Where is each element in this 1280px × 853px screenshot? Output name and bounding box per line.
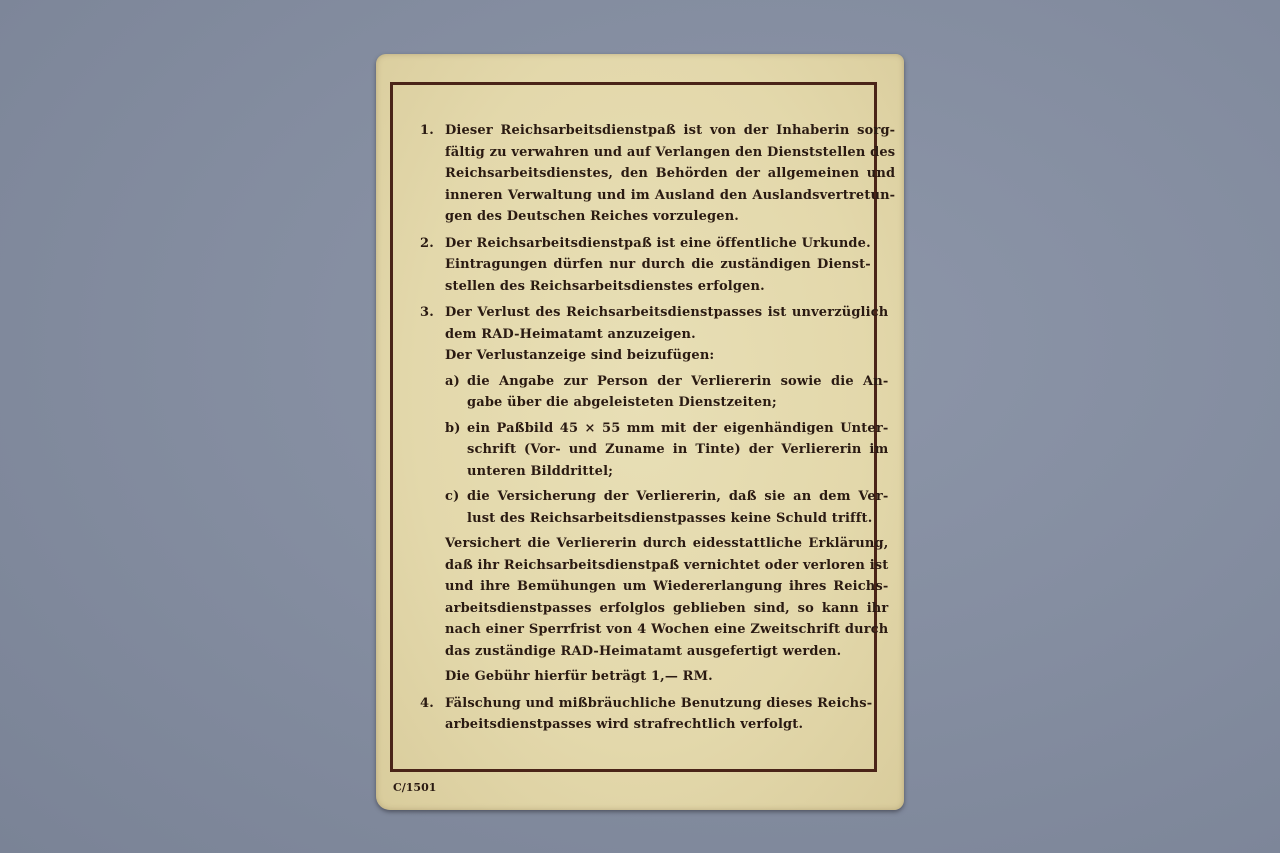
paragraph-number: 3.	[420, 302, 445, 688]
text-line: unteren Bilddrittel;	[467, 461, 888, 483]
text-line: arbeitsdienstpasses wird strafrechtlich …	[445, 714, 872, 736]
text-line: schrift (Vor- und Zuname in Tinte) der V…	[467, 439, 888, 461]
text-line: inneren Verwaltung und im Ausland den Au…	[445, 185, 895, 207]
document-card: 1. Dieser Reichsarbeitsdienstpaß ist von…	[376, 54, 904, 810]
text-line: gen des Deutschen Reiches vorzulegen.	[445, 206, 895, 228]
document-text: 1. Dieser Reichsarbeitsdienstpaß ist von…	[420, 120, 848, 741]
item-letter: a)	[445, 371, 467, 414]
text-line: lust des Reichsarbeitsdienstpasses keine…	[467, 508, 888, 530]
text-line: Der Reichsarbeitsdienstpaß ist eine öffe…	[445, 233, 871, 255]
text-line: daß ihr Reichsarbeitsdienstpaß vernichte…	[445, 555, 888, 577]
text-line: die Versicherung der Verliererin, daß si…	[467, 486, 888, 508]
attachment-item-b: b) ein Paßbild 45 × 55 mm mit der eigenh…	[445, 418, 888, 483]
text-line: Dieser Reichsarbeitsdienstpaß ist von de…	[445, 120, 895, 142]
text-line: Fälschung und mißbräuchliche Benutzung d…	[445, 693, 872, 715]
item-letter: b)	[445, 418, 467, 483]
fee-text: Die Gebühr hierfür beträgt 1,— RM.	[445, 666, 888, 688]
text-line: arbeitsdienstpasses erfolglos geblieben …	[445, 598, 888, 620]
paragraph-3: 3. Der Verlust des Reichsarbeitsdienstpa…	[420, 302, 848, 688]
paragraph-number: 1.	[420, 120, 445, 228]
text-line: Versichert die Verliererin durch eidesst…	[445, 533, 888, 555]
paragraph-1: 1. Dieser Reichsarbeitsdienstpaß ist von…	[420, 120, 848, 228]
attachments-intro: Der Verlustanzeige sind beizufügen:	[445, 345, 888, 367]
text-line: fältig zu verwahren und auf Verlangen de…	[445, 142, 895, 164]
attachment-item-a: a) die Angabe zur Person der Verliererin…	[445, 371, 888, 414]
attachment-item-c: c) die Versicherung der Verliererin, daß…	[445, 486, 888, 529]
text-line: die Angabe zur Person der Verliererin so…	[467, 371, 888, 393]
text-line: Eintragungen dürfen nur durch die zustän…	[445, 254, 871, 276]
text-line: und ihre Bemühungen um Wiedererlangung i…	[445, 576, 888, 598]
text-line: gabe über die abgeleisteten Dienstzeiten…	[467, 392, 888, 414]
text-line: nach einer Sperrfrist von 4 Wochen eine …	[445, 619, 888, 641]
text-line: Reichsarbeitsdienstes, den Behörden der …	[445, 163, 895, 185]
text-line: ein Paßbild 45 × 55 mm mit der eigenhänd…	[467, 418, 888, 440]
form-code: C/1501	[393, 781, 436, 794]
text-line: Der Verlust des Reichsarbeitsdienstpasse…	[445, 302, 888, 324]
declaration-text: Versichert die Verliererin durch eidesst…	[445, 533, 888, 662]
text-line: stellen des Reichsarbeitsdienstes erfolg…	[445, 276, 871, 298]
item-letter: c)	[445, 486, 467, 529]
paragraph-4: 4. Fälschung und mißbräuchliche Benutzun…	[420, 693, 848, 736]
text-line: das zuständige RAD-Heimatamt ausgefertig…	[445, 641, 888, 663]
text-line: dem RAD-Heimatamt anzuzeigen.	[445, 324, 888, 346]
paragraph-2: 2. Der Reichsarbeitsdienstpaß ist eine ö…	[420, 233, 848, 298]
paragraph-number: 4.	[420, 693, 445, 736]
paragraph-number: 2.	[420, 233, 445, 298]
